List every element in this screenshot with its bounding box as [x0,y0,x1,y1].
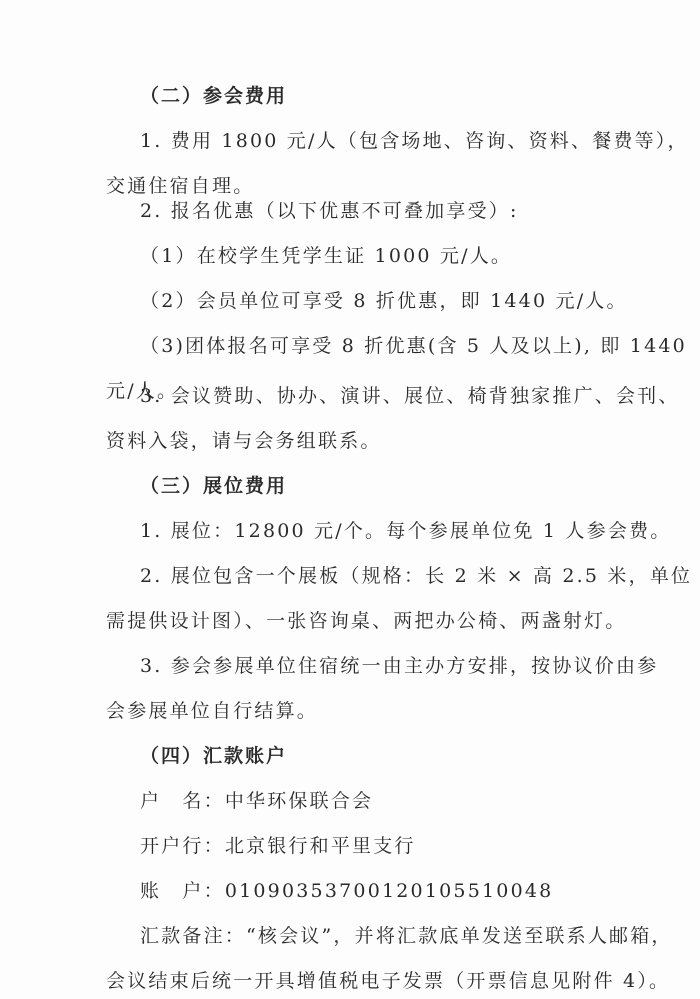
paragraph-line: 1. 展位：12800 元/个。每个参展单位免 1 人参会费。 [140,519,671,543]
account-name-label: 户 名： [140,790,225,812]
document-page: （二）参会费用 1. 费用 1800 元/人（包含场地、咨询、资料、餐费等）， … [0,0,700,999]
paragraph-line: 3. 参会参展单位住宿统一由主办方安排，按协议价由参 [140,654,658,678]
paragraph-line: （1）在校学生凭学生证 1000 元/人。 [140,244,512,268]
account-number-value: 01090353700120105510048 [225,880,554,902]
account-bank-label: 开户行： [140,835,225,857]
paragraph-line: 2. 展位包含一个展板（规格：长 2 米 × 高 2.5 米，单位 [140,564,692,588]
paragraph-line: 资料入袋，请与会务组联系。 [106,429,382,453]
account-name-row: 户 名：中华环保联合会 [140,789,373,813]
paragraph-line: （2）会员单位可享受 8 折优惠，即 1440 元/人。 [140,289,628,313]
paragraph-line: 需提供设计图）、一张咨询桌、两把办公椅、两盏射灯。 [106,609,627,633]
section-heading-booth: （三）展位费用 [140,474,287,498]
paragraph-line: （3)团体报名可享受 8 折优惠(含 5 人及以上), 即 1440 [140,334,687,358]
paragraph-line: 会议结束后统一开具增值税电子发票（开票信息见附件 4）。 [106,969,670,993]
account-number-row: 账 户：01090353700120105510048 [140,879,553,903]
paragraph-line: 会参展单位自行结算。 [106,699,318,723]
section-heading-account: （四）汇款账户 [140,744,287,768]
paragraph-line: 交通住宿自理。 [106,174,254,198]
paragraph-line: 汇款备注：“核会议”，并将汇款底单发送至联系人邮箱， [140,924,673,948]
paragraph-line: 2. 报名优惠（以下优惠不可叠加享受）: [140,199,519,223]
account-number-label: 账 户： [140,880,225,902]
account-bank-value: 北京银行和平里支行 [225,835,416,857]
paragraph-line: 1. 费用 1800 元/人（包含场地、咨询、资料、餐费等）， [140,129,689,153]
paragraph-line: 3. 会议赞助、协办、演讲、展位、椅背独家推广、会刊、 [140,384,680,408]
account-bank-row: 开户行：北京银行和平里支行 [140,834,416,858]
account-name-value: 中华环保联合会 [225,790,373,812]
section-heading-fees: （二）参会费用 [140,84,287,108]
